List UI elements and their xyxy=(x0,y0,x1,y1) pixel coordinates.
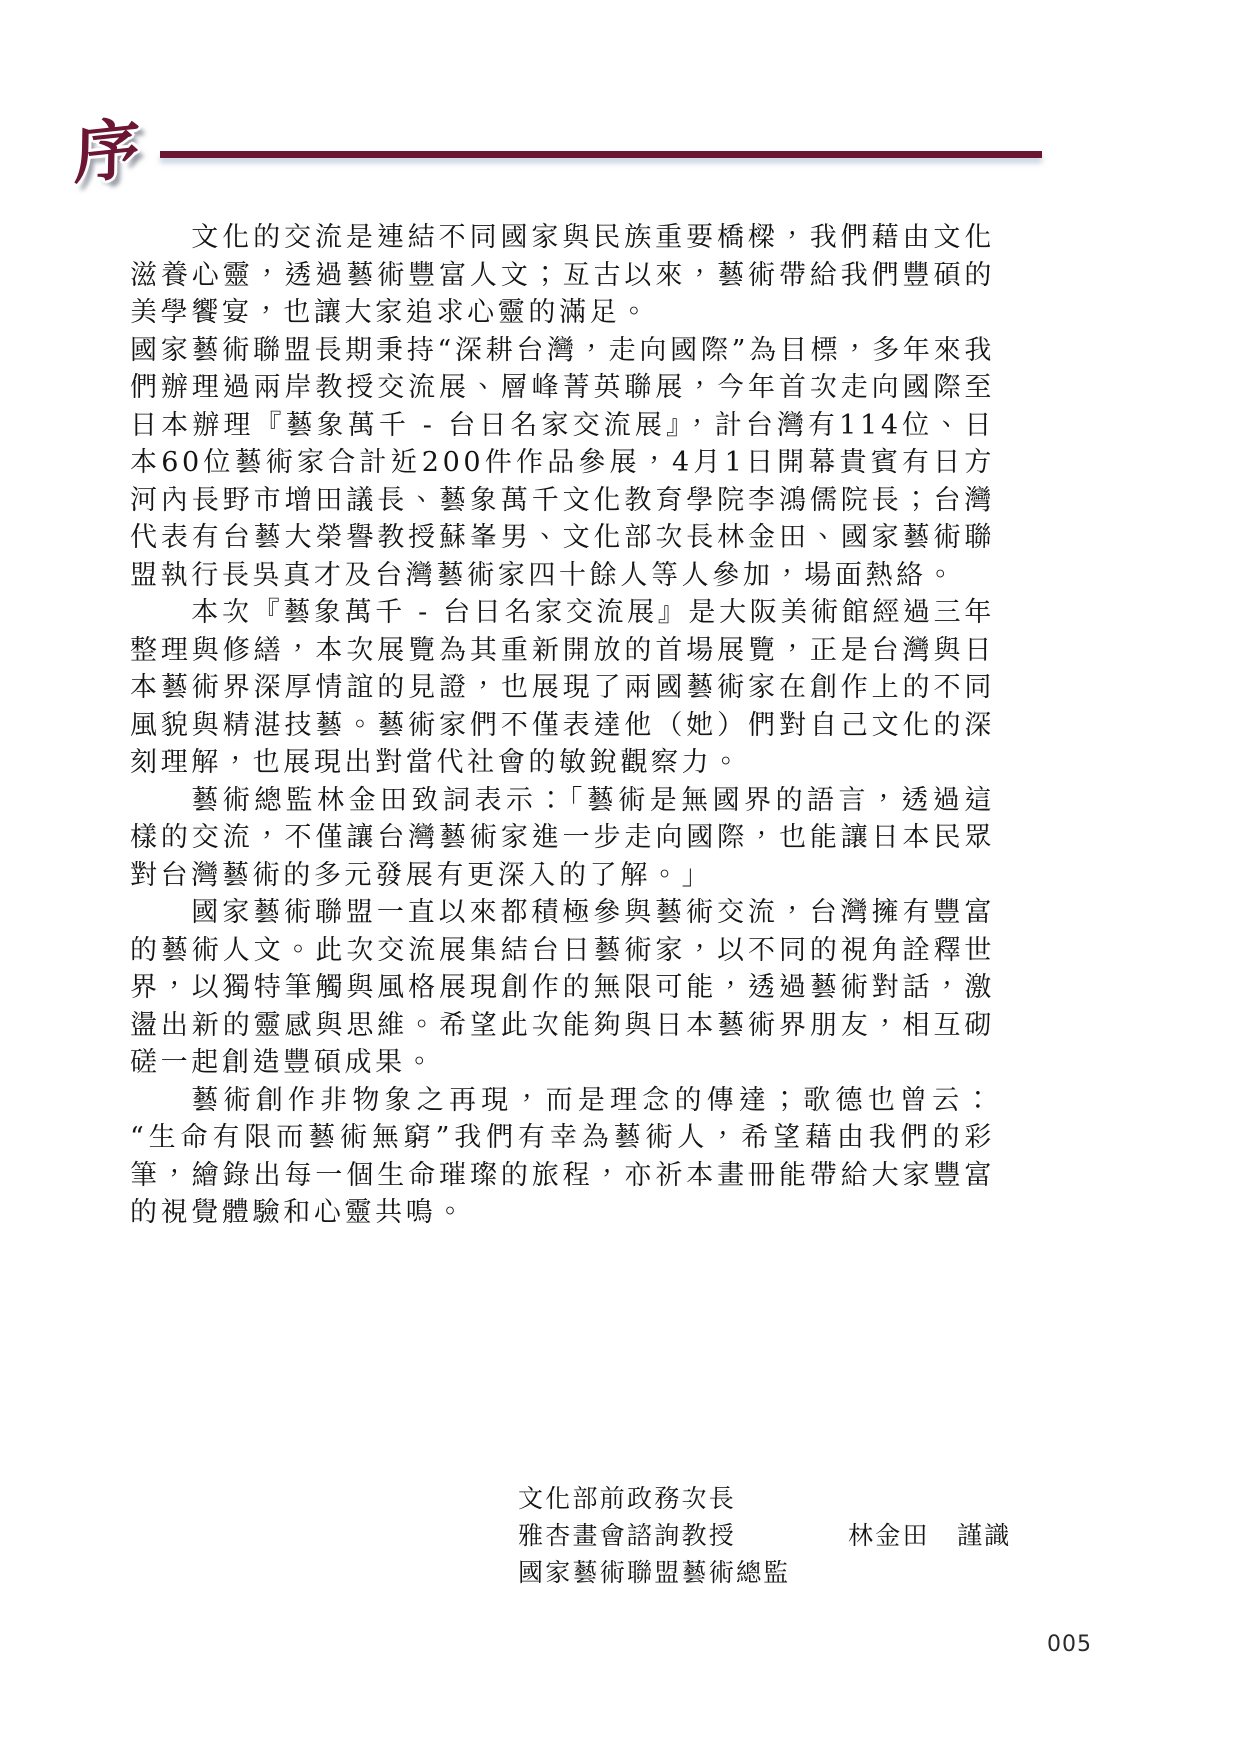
signature-name: 林金田 謹識 xyxy=(848,1517,1012,1554)
signature-title: 雅杏畫會諮詢教授 xyxy=(518,1517,736,1554)
preface-paragraph: 藝術創作非物象之再現，而是理念的傳達；歌德也曾云：“生命有限而藝術無窮”我們有幸… xyxy=(130,1082,995,1232)
signature-block: 文化部前政務次長 雅杏畫會諮詢教授 林金田 謹識 國家藝術聯盟藝術總監 xyxy=(518,1480,1012,1591)
preface-paragraph: 國家藝術聯盟一直以來都積極參與藝術交流，台灣擁有豐富的藝術人文。此次交流展集結台… xyxy=(130,894,995,1082)
signature-title: 文化部前政務次長 xyxy=(518,1480,1012,1517)
preface-paragraph: 本次『藝象萬千 - 台日名家交流展』是大阪美術館經過三年整理與修繕，本次展覽為其… xyxy=(130,594,995,782)
signature-row: 雅杏畫會諮詢教授 林金田 謹識 xyxy=(518,1517,1012,1554)
page-header: 序 xyxy=(72,112,1042,194)
preface-paragraph: 文化的交流是連結不同國家與民族重要橋樑，我們藉由文化滋養心靈，透過藝術豐富人文；… xyxy=(130,219,995,332)
header-rule xyxy=(160,151,1042,158)
preface-paragraph: 國家藝術聯盟長期秉持“深耕台灣，走向國際”為目標，多年來我們辦理過兩岸教授交流展… xyxy=(130,332,995,595)
preface-paragraph: 藝術總監林金田致詞表示：「藝術是無國界的語言，透過這樣的交流，不僅讓台灣藝術家進… xyxy=(130,782,995,895)
preface-title-calligraphy: 序 xyxy=(71,108,142,198)
signature-title: 國家藝術聯盟藝術總監 xyxy=(518,1554,1012,1591)
preface-body: 文化的交流是連結不同國家與民族重要橋樑，我們藉由文化滋養心靈，透過藝術豐富人文；… xyxy=(130,219,995,1232)
page-number: 005 xyxy=(1047,1632,1092,1657)
